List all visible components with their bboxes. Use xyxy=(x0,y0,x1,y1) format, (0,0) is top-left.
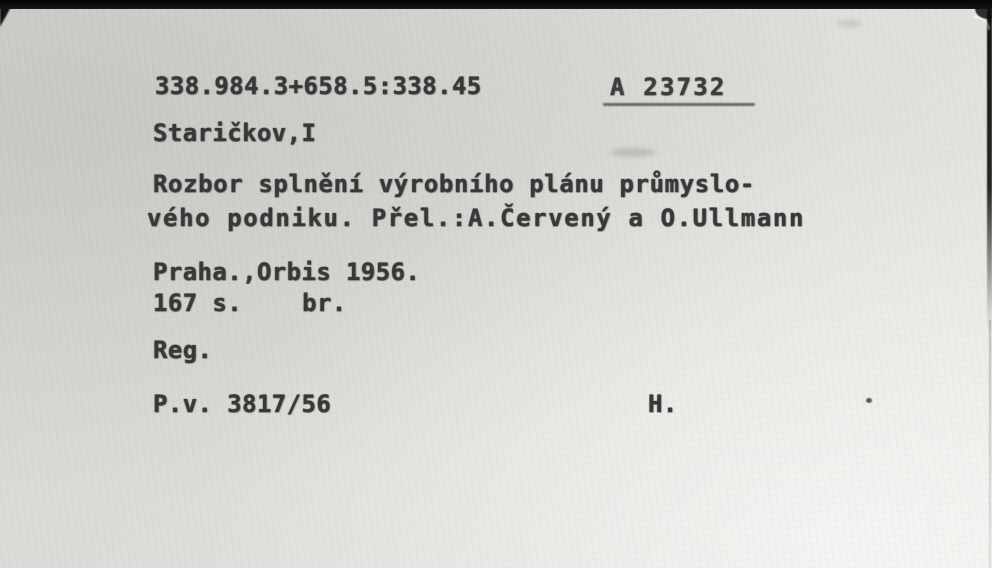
pages-count: 167 s. xyxy=(153,291,242,315)
paper-grain-texture xyxy=(0,9,992,568)
paper-smudge xyxy=(610,148,656,157)
author-name: Staričkov,I xyxy=(153,121,316,145)
accession-underline xyxy=(603,103,755,106)
scanned-catalog-card-page: 338.984.3+658.5:338.45 A 23732 Staričkov… xyxy=(0,0,992,568)
accession-number: A 23732 xyxy=(610,75,727,99)
scanner-background-top-edge xyxy=(0,0,992,9)
library-catalog-card xyxy=(0,9,992,568)
paper-smudge xyxy=(836,20,862,27)
title-line-1: Rozbor splnění výrobního plánu průmyslo- xyxy=(153,172,755,196)
classification-number: 338.984.3+658.5:338.45 xyxy=(155,74,482,98)
collation-line: 167 s. br. xyxy=(153,291,347,315)
card-right-edge-shadow xyxy=(987,8,992,333)
paper-grain-texture xyxy=(0,9,992,568)
binding-note: br. xyxy=(302,291,347,315)
title-line-2: vého podniku. Přel.:A.Červený a O.Ullman… xyxy=(147,206,805,230)
record-number: P.v. 3817/56 xyxy=(153,392,331,416)
cataloguer-initial: H. xyxy=(648,392,678,416)
card-right-edge-faint-line xyxy=(989,320,991,568)
clipped-corner-top-left xyxy=(0,7,11,27)
imprint-line: Praha.,Orbis 1956. xyxy=(153,260,420,284)
register-note: Reg. xyxy=(153,338,212,362)
ink-speck xyxy=(866,398,872,403)
